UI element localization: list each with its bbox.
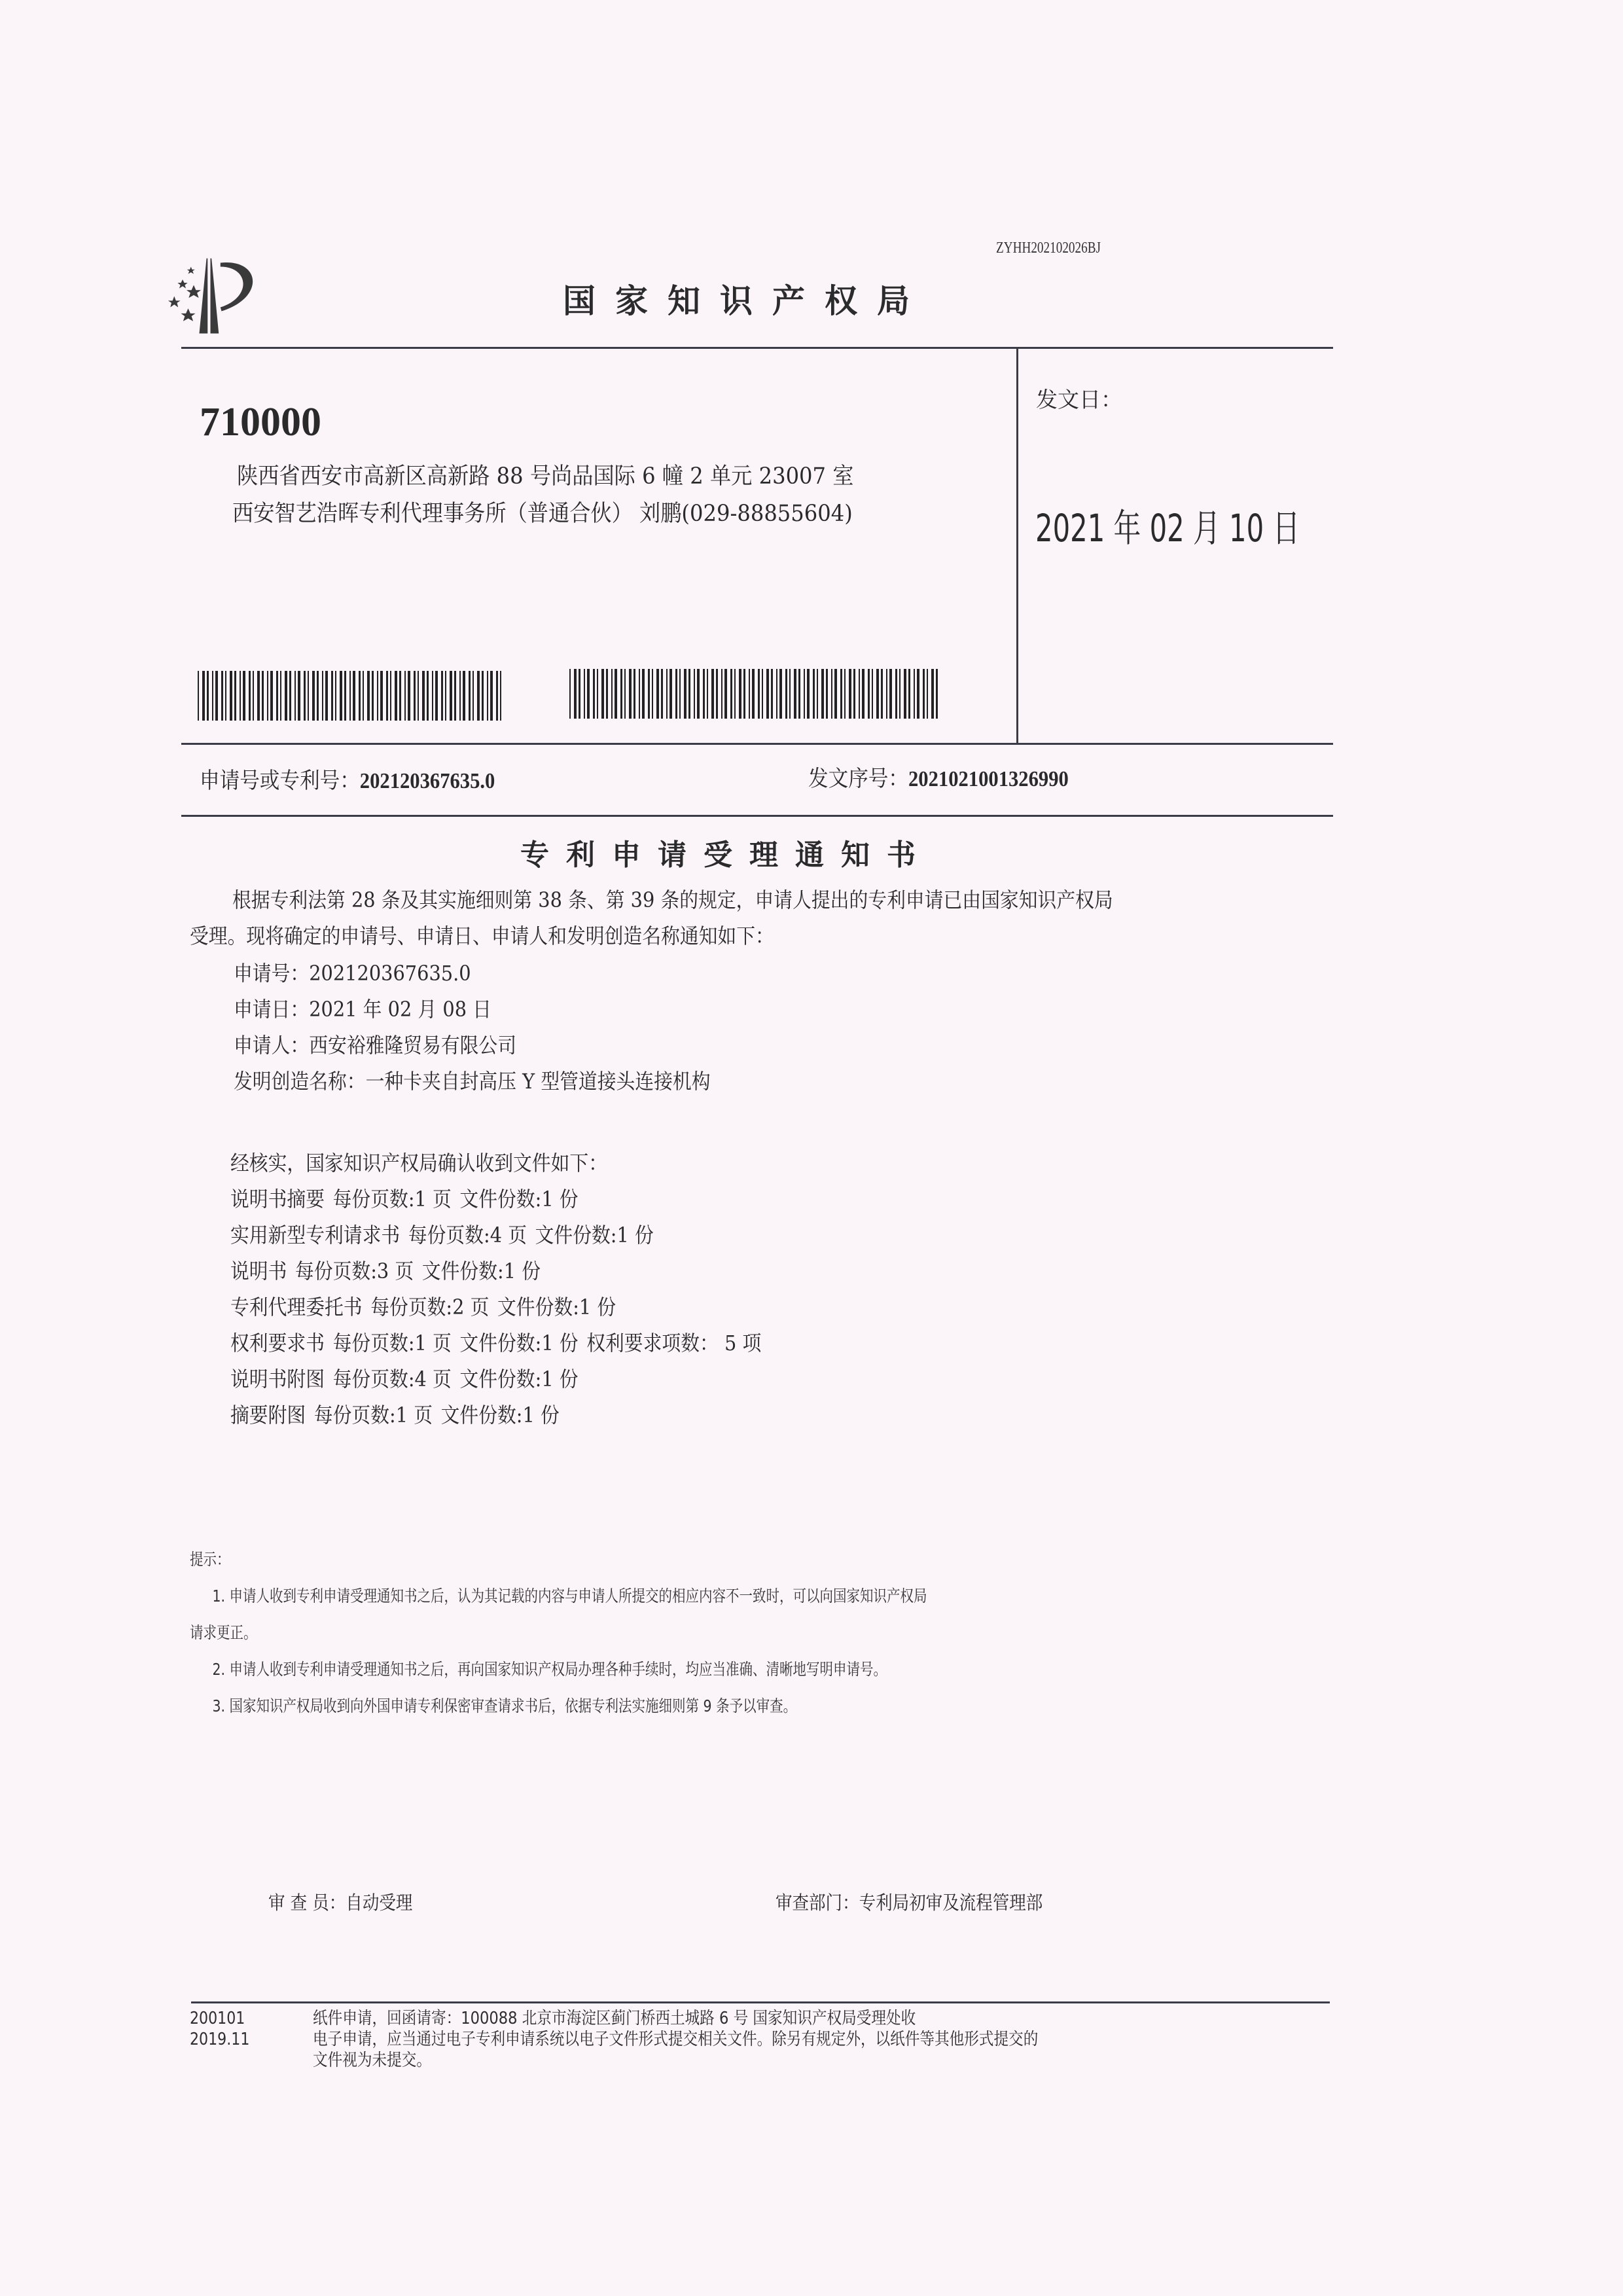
- tips-heading: 提示：: [190, 1541, 927, 1578]
- footer-line: 电子申请，应当通过电子专利申请系统以电子文件形式提交相关文件。除另有规定外，以纸…: [313, 2029, 1038, 2050]
- file-name: 专利代理委托书: [230, 1295, 363, 1319]
- file-name: 实用新型专利请求书: [230, 1223, 400, 1247]
- examining-department: 审查部门：专利局初审及流程管理部: [776, 1888, 1043, 1915]
- reference-divider: [181, 815, 1333, 817]
- agency-title: 国家知识产权局: [563, 275, 929, 322]
- file-pages: 每份页数:1 页: [333, 1331, 452, 1355]
- file-row: 专利代理委托书每份页数:2 页文件份数:1 份: [213, 1289, 770, 1325]
- file-row: 说明书摘要每份页数:1 页文件份数:1 份: [213, 1181, 770, 1217]
- cnipa-logo-icon: [160, 252, 272, 337]
- files-list: 说明书摘要每份页数:1 页文件份数:1 份实用新型专利请求书每份页数:4 页文件…: [213, 1181, 770, 1433]
- document-code: ZYHH202102026BJ: [996, 240, 1101, 257]
- file-copies: 文件份数:1 份: [422, 1259, 541, 1283]
- file-copies: 文件份数:1 份: [459, 1187, 578, 1211]
- tip-item: 1. 申请人收到专利申请受理通知书之后，认为其记载的内容与申请人所提交的相应内容…: [190, 1578, 927, 1615]
- application-number-label: 申请号或专利号：: [200, 768, 360, 794]
- form-code: 200101: [190, 2008, 274, 2029]
- footer-line: 文件视为未提交。: [313, 2050, 431, 2071]
- field-value: 西安裕雅隆贸易有限公司: [309, 1033, 516, 1058]
- file-row: 说明书每份页数:3 页文件份数:1 份: [213, 1253, 770, 1289]
- application-number-line: 申请号或专利号：202120367635.0: [200, 762, 495, 795]
- header-divider: [181, 347, 1333, 349]
- file-row: 说明书附图每份页数:4 页文件份数:1 份: [213, 1361, 770, 1397]
- serial-number-label: 发文序号：: [808, 766, 908, 792]
- file-copies: 文件份数:1 份: [535, 1223, 654, 1247]
- file-name: 说明书附图: [230, 1367, 325, 1391]
- date-column-divider: [1016, 347, 1018, 744]
- file-name: 说明书摘要: [230, 1187, 325, 1211]
- tip-item: 3. 国家知识产权局收到向外国申请专利保密审查请求书后，依据专利法实施细则第 9…: [190, 1688, 927, 1725]
- received-files: 经核实，国家知识产权局确认收到文件如下： 说明书摘要每份页数:1 页文件份数:1…: [213, 1145, 770, 1433]
- serial-number-value: 2021021001326990: [908, 767, 1069, 791]
- barcode-icon: [569, 669, 941, 719]
- application-field: 申请日：2021 年 02 月 08 日: [234, 992, 491, 1028]
- file-row: 权利要求书每份页数:1 页文件份数:1 份权利要求项数： 5 项: [213, 1325, 770, 1361]
- recipient-agency: 西安智艺浩晖专利代理事务所（普通合伙） 刘鹏(029-88855604): [232, 495, 853, 528]
- file-name: 摘要附图: [230, 1403, 306, 1427]
- issue-date-value: 2021 年 02 月 10 日: [1035, 497, 1300, 552]
- examiner: 审 查 员：自动受理: [268, 1888, 412, 1915]
- file-pages: 每份页数:4 页: [408, 1223, 527, 1247]
- file-extra: 权利要求项数： 5 项: [586, 1331, 761, 1355]
- application-field: 发明创造名称：一种卡夹自封高压 Y 型管道接头连接机构: [234, 1064, 711, 1100]
- field-label: 申请号：: [234, 961, 309, 986]
- application-number-value: 202120367635.0: [360, 769, 495, 793]
- serial-number-line: 发文序号：2021021001326990: [808, 761, 1069, 793]
- file-name: 权利要求书: [230, 1331, 325, 1355]
- form-version: 2019.11: [190, 2029, 274, 2050]
- field-label: 申请日：: [234, 997, 309, 1022]
- file-copies: 文件份数:1 份: [459, 1367, 578, 1391]
- file-copies: 文件份数:1 份: [497, 1295, 616, 1319]
- barcode-icon: [198, 671, 505, 721]
- file-pages: 每份页数:4 页: [333, 1367, 452, 1391]
- file-pages: 每份页数:2 页: [370, 1295, 489, 1319]
- footer-divider: [191, 2001, 1330, 2003]
- tips-section: 提示： 1. 申请人收到专利申请受理通知书之后，认为其记载的内容与申请人所提交的…: [190, 1541, 927, 1725]
- field-label: 发明创造名称：: [234, 1069, 366, 1094]
- application-field: 申请号：202120367635.0: [234, 956, 471, 992]
- application-field: 申请人：西安裕雅隆贸易有限公司: [234, 1028, 516, 1064]
- recipient-address: 陕西省西安市高新区高新路 88 号尚品国际 6 幢 2 单元 23007 室: [237, 458, 853, 491]
- field-value: 2021 年 02 月 08 日: [309, 997, 491, 1022]
- footer: 200101 纸件申请，回函请寄：100088 北京市海淀区蓟门桥西土城路 6 …: [190, 2008, 1342, 2080]
- issue-date-label: 发文日：: [1036, 383, 1122, 414]
- file-pages: 每份页数:1 页: [314, 1403, 433, 1427]
- recipient-postcode: 710000: [200, 399, 321, 446]
- field-value: 一种卡夹自封高压 Y 型管道接头连接机构: [366, 1069, 711, 1094]
- file-pages: 每份页数:1 页: [333, 1187, 452, 1211]
- file-row: 摘要附图每份页数:1 页文件份数:1 份: [213, 1397, 770, 1433]
- files-heading: 经核实，国家知识产权局确认收到文件如下：: [213, 1145, 770, 1181]
- tip-item: 2. 申请人收到专利申请受理通知书之后，再向国家知识产权局办理各种手续时，均应当…: [190, 1651, 927, 1688]
- footer-line: 纸件申请，回函请寄：100088 北京市海淀区蓟门桥西土城路 6 号 国家知识产…: [313, 2008, 916, 2029]
- barcode-divider: [181, 743, 1333, 745]
- field-value: 202120367635.0: [309, 961, 471, 986]
- field-label: 申请人：: [234, 1033, 309, 1058]
- notice-intro-cont: 受理。现将确定的申请号、申请日、申请人和发明创造名称通知如下：: [190, 918, 774, 954]
- tip-item-cont: 请求更正。: [190, 1615, 927, 1651]
- notice-title: 专利申请受理通知书: [520, 831, 933, 873]
- notice-intro: 根据专利法第 28 条及其实施细则第 38 条、第 39 条的规定，申请人提出的…: [232, 882, 1113, 918]
- file-name: 说明书: [230, 1259, 287, 1283]
- file-copies: 文件份数:1 份: [459, 1331, 578, 1355]
- file-pages: 每份页数:3 页: [295, 1259, 414, 1283]
- file-row: 实用新型专利请求书每份页数:4 页文件份数:1 份: [213, 1217, 770, 1253]
- file-copies: 文件份数:1 份: [441, 1403, 560, 1427]
